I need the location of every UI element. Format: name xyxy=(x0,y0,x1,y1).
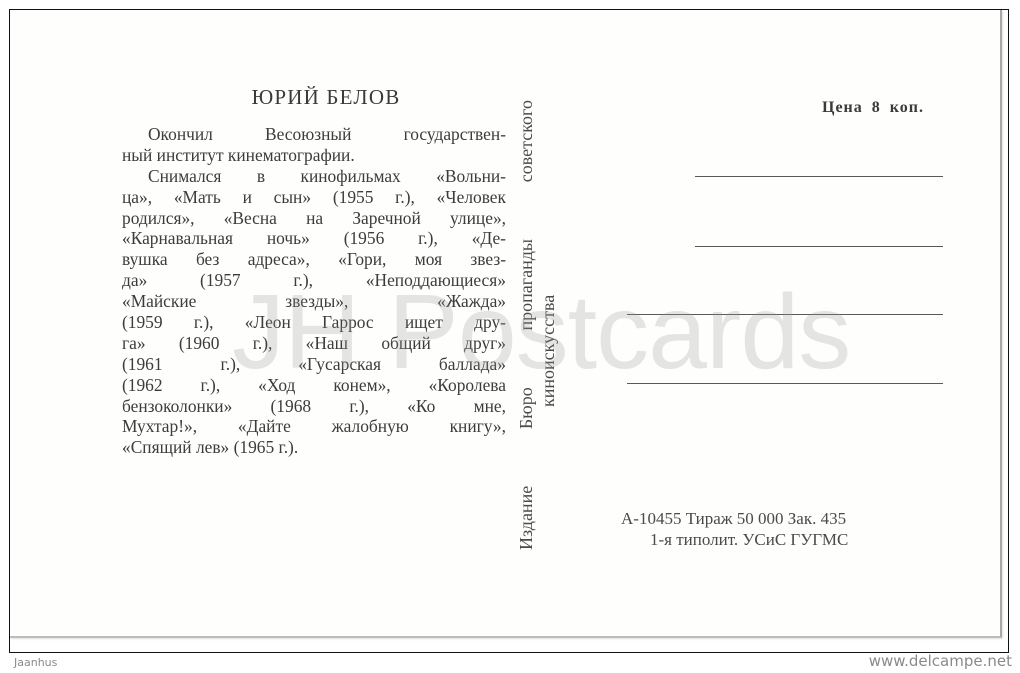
bio-line: Снималсявкинофильмах«Вольни- xyxy=(122,166,506,187)
postcard-frame: ЮРИЙ БЕЛОВ ОкончилВесоюзныйгосударствен-… xyxy=(9,9,1009,653)
publisher-imprint-line-2: киноискусства xyxy=(537,100,559,550)
bio-line: родился»,«ВеснанаЗаречнойулице», xyxy=(122,208,506,229)
bio-line: (1961г.),«Гусарскаябаллада» xyxy=(122,354,506,375)
bio-line: га»(1960г.),«Нашобщийдруг» xyxy=(122,333,506,354)
imprint-word: пропаганды xyxy=(515,239,537,331)
bio-line: бензоколонки»(1968г.),«Комне, xyxy=(122,396,506,417)
bio-line: Мухтар!»,«Дайтежалобнуюкнигу», xyxy=(122,416,506,437)
bio-line: (1962г.),«Ходконем»,«Королева xyxy=(122,375,506,396)
bio-line: ца»,«Матьисын»(1955г.),«Человек xyxy=(122,187,506,208)
bio-line: ОкончилВесоюзныйгосударствен- xyxy=(122,124,506,145)
price-label: Цена 8 коп. xyxy=(822,99,924,117)
bio-line: «Майскиезвезды»,«Жажда» xyxy=(122,291,506,312)
actor-name-title: ЮРИЙ БЕЛОВ xyxy=(236,85,416,110)
postcard-back: ЮРИЙ БЕЛОВ ОкончилВесоюзныйгосударствен-… xyxy=(10,10,1002,638)
print-info-line-1: А-10455 Тираж 50 000 Зак. 435 xyxy=(621,508,961,529)
bio-line: ный институт кинематографии. xyxy=(122,145,506,166)
imprint-word: советского xyxy=(515,100,537,182)
site-link[interactable]: www.delcampe.net xyxy=(869,652,1012,670)
publisher-imprint-line-1: ИзданиеБюропропагандысоветского xyxy=(515,100,537,550)
imprint-word: Издание xyxy=(515,486,537,550)
bio-line: «Спящий лев» (1965 г.). xyxy=(122,437,506,458)
address-line-1 xyxy=(695,176,943,177)
publisher-imprint-vertical: ИзданиеБюропропагандысоветского киноиску… xyxy=(515,100,559,550)
print-info: А-10455 Тираж 50 000 Зак. 435 1-я типоли… xyxy=(621,508,961,550)
actor-biography: ОкончилВесоюзныйгосударствен-ный институ… xyxy=(122,124,506,458)
bio-line: (1959г.),«ЛеонГарросищетдру- xyxy=(122,312,506,333)
bio-line: «Карнавальнаяночь»(1956г.),«Де- xyxy=(122,228,506,249)
bio-line: вушкабезадреса»,«Гори,моязвез- xyxy=(122,249,506,270)
bio-line: да»(1957г.),«Неподдающиеся» xyxy=(122,270,506,291)
address-line-3 xyxy=(627,314,943,315)
address-line-4 xyxy=(627,383,943,384)
print-info-line-2: 1-я типолит. УСиС ГУГМС xyxy=(621,529,961,550)
imprint-word: Бюро xyxy=(515,387,537,429)
seller-name: Jaanhus xyxy=(14,656,57,669)
address-line-2 xyxy=(695,246,943,247)
